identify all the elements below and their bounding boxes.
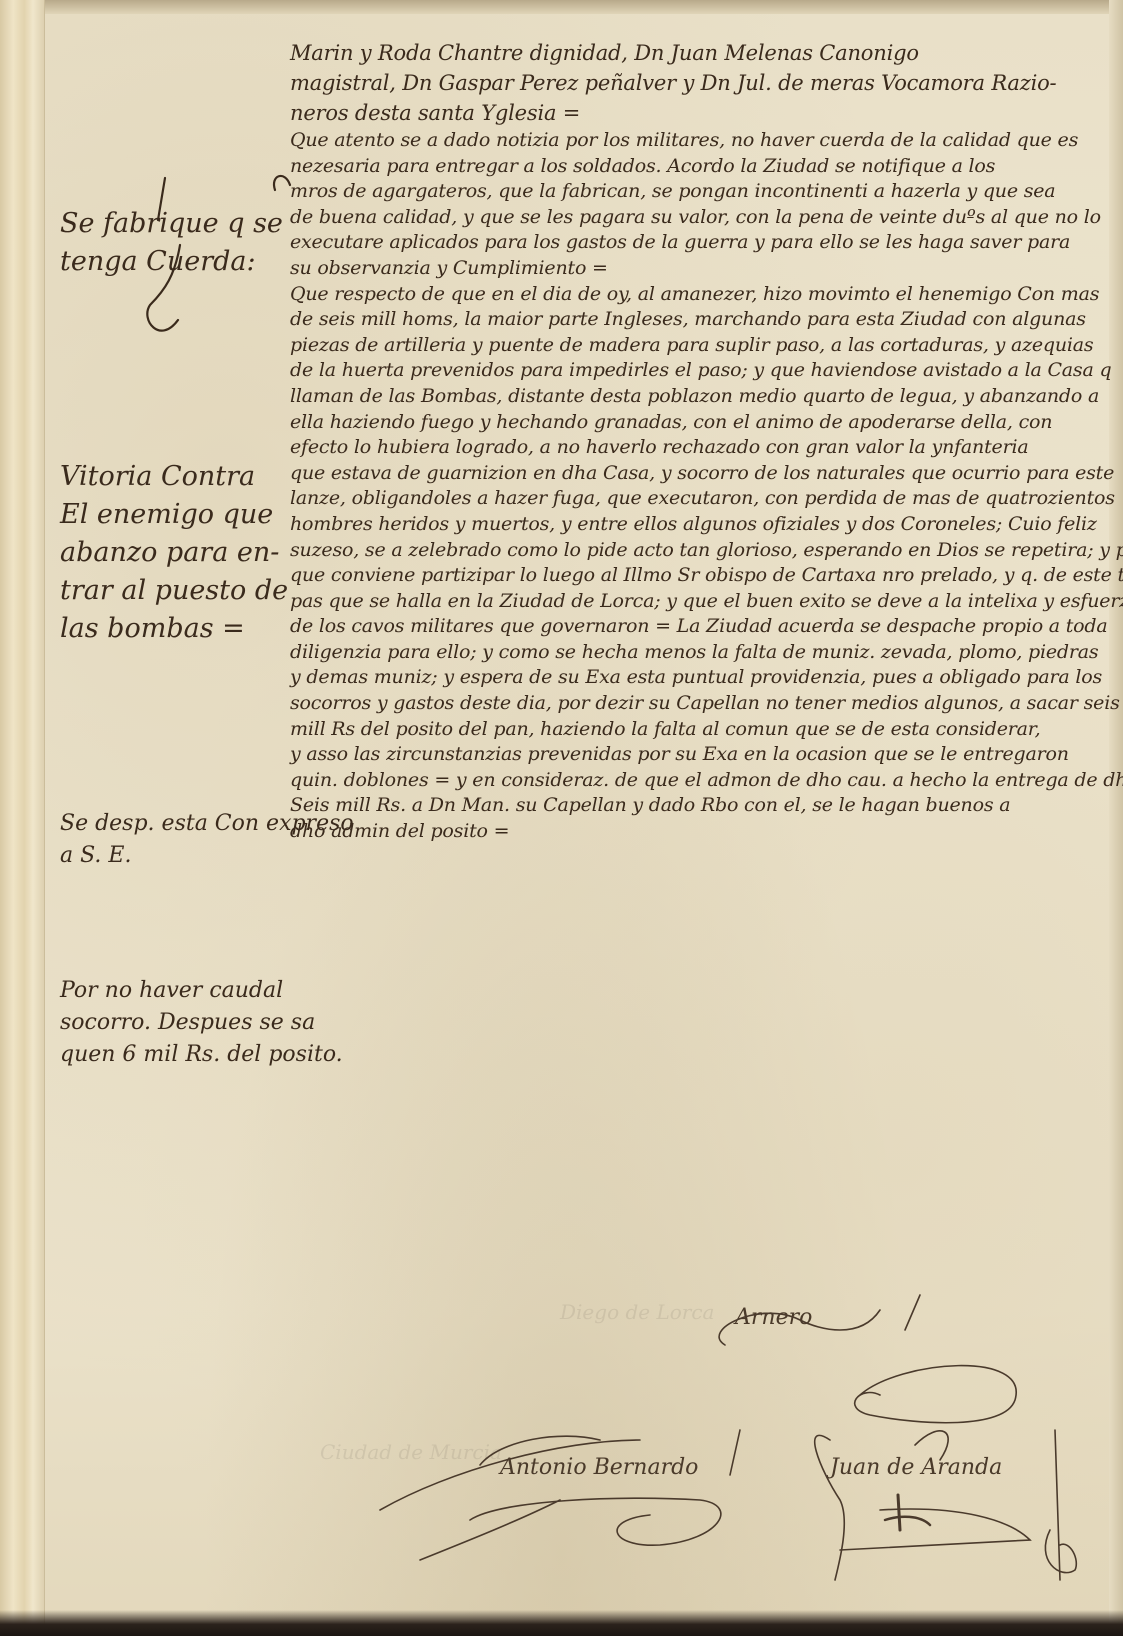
margin-line: socorro. Despues se sa xyxy=(60,1007,300,1039)
bleed-through-text: Diego de Lorca xyxy=(560,1300,714,1324)
text-line: executare aplicados para los gastos de l… xyxy=(290,230,1090,256)
text-line: efecto lo hubiera logrado, a no haverlo … xyxy=(290,435,1090,461)
margin-line: Se desp. esta Con expreso xyxy=(60,808,300,840)
text-line: su observanzia y Cumplimiento = xyxy=(290,256,1090,282)
margin-line: a S. E. xyxy=(60,840,300,872)
text-line: Seis mill Rs. a Dn Man. su Capellan y da… xyxy=(290,793,1090,819)
text-line: hombres heridos y muertos, y entre ellos… xyxy=(290,512,1090,538)
text-line: Que respecto de que en el dia de oy, al … xyxy=(290,282,1090,308)
text-line: dho admin del posito = xyxy=(290,819,1090,845)
signature-juan-de-aranda: Juan de Aranda xyxy=(830,1455,1002,1480)
text-line: y asso las zircunstanzias prevenidas por… xyxy=(290,742,1090,768)
page-top-edge xyxy=(0,0,1123,14)
margin-line: Vitoria Contra xyxy=(60,458,300,496)
text-line: magistral, Dn Gaspar Perez peñalver y Dn… xyxy=(290,68,1090,98)
text-line: ella haziendo fuego y hechando granadas,… xyxy=(290,410,1090,436)
text-line: nezesaria para entregar a los soldados. … xyxy=(290,154,1090,180)
text-line: neros desta santa Yglesia = xyxy=(290,98,1090,128)
text-line: que conviene partizipar lo luego al Illm… xyxy=(290,563,1090,589)
text-line: de los cavos militares que governaron = … xyxy=(290,614,1090,640)
margin-note-vitoria: Vitoria Contra El enemigo que abanzo par… xyxy=(60,458,300,648)
text-line: lanze, obligandoles a hazer fuga, que ex… xyxy=(290,486,1090,512)
text-line: llaman de las Bombas, distante desta pob… xyxy=(290,384,1090,410)
margin-line: tenga Cuerda: xyxy=(60,243,300,281)
text-line: y demas muniz; y espera de su Exa esta p… xyxy=(290,665,1090,691)
margin-line: El enemigo que xyxy=(60,496,300,534)
text-line: mill Rs del posito del pan, haziendo la … xyxy=(290,717,1090,743)
margin-line: las bombas = xyxy=(60,610,300,648)
text-line: de la huerta prevenidos para impedirles … xyxy=(290,358,1090,384)
text-line: socorros y gastos deste dia, por dezir s… xyxy=(290,691,1090,717)
main-text-block: Marin y Roda Chantre dignidad, Dn Juan M… xyxy=(290,38,1090,845)
margin-line: abanzo para en- xyxy=(60,534,300,572)
page-bottom-edge xyxy=(0,1610,1123,1636)
signature-arnero: Arnero xyxy=(735,1305,812,1330)
text-line: Que atento se a dado notizia por los mil… xyxy=(290,128,1090,154)
margin-note-posito: Por no haver caudal socorro. Despues se … xyxy=(60,975,300,1071)
text-line: de seis mill homs, la maior parte Ingles… xyxy=(290,307,1090,333)
margin-line: trar al puesto de xyxy=(60,572,300,610)
text-line: piezas de artilleria y puente de madera … xyxy=(290,333,1090,359)
margin-note-expreso: Se desp. esta Con expreso a S. E. xyxy=(60,808,300,872)
text-line: mros de agargateros, que la fabrican, se… xyxy=(290,179,1090,205)
text-line: Marin y Roda Chantre dignidad, Dn Juan M… xyxy=(290,38,1090,68)
page-right-edge xyxy=(1109,0,1123,1636)
margin-line: quen 6 mil Rs. del posito. xyxy=(60,1039,300,1071)
margin-line: Por no haver caudal xyxy=(60,975,300,1007)
signature-antonio-bernardo: Antonio Bernardo xyxy=(500,1455,698,1480)
manuscript-page: Diego de Lorca Ciudad de Murcia Marin y … xyxy=(0,0,1123,1636)
text-line: de buena calidad, y que se les pagara su… xyxy=(290,205,1090,231)
text-line: pas que se halla en la Ziudad de Lorca; … xyxy=(290,589,1090,615)
text-line: que estava de guarnizion en dha Casa, y … xyxy=(290,461,1090,487)
text-line: diligenzia para ello; y como se hecha me… xyxy=(290,640,1090,666)
text-line: suzeso, se a zelebrado como lo pide acto… xyxy=(290,538,1090,564)
text-line: quin. doblones = y en consideraz. de que… xyxy=(290,768,1090,794)
binding-fold xyxy=(0,0,45,1636)
margin-line: Se fabrique q se xyxy=(60,205,300,243)
margin-note-cuerda: Se fabrique q se tenga Cuerda: xyxy=(60,205,300,281)
bleed-through-text: Ciudad de Murcia xyxy=(320,1440,502,1464)
